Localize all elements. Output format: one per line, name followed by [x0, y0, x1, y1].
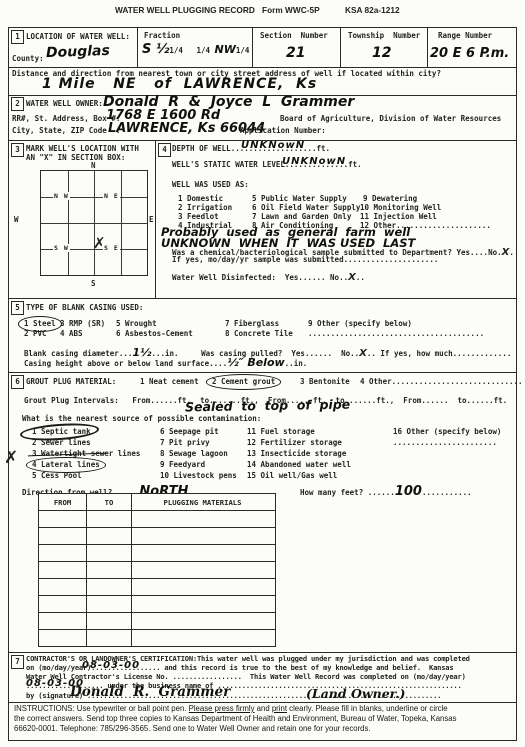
signature-owner-note: (Land Owner.) [306, 686, 405, 701]
grout-other[interactable]: 4 Other............................. [360, 378, 523, 387]
grid-label-ne: N E [103, 192, 120, 200]
city-label: City, State, ZIP Code : [12, 127, 120, 136]
disinfected-no-x[interactable]: X [348, 272, 356, 283]
fraction-field[interactable]: S ½1/4 1/4 NW1/4 [142, 42, 249, 57]
contamination-question: What is the nearest source of possible c… [22, 415, 261, 424]
grid-label-nw: N W [53, 192, 70, 200]
feet-label: How many feet? ...... [300, 488, 395, 497]
grout-cement-grout-circled[interactable]: 2 Cement grout [212, 378, 275, 387]
table-row[interactable] [39, 528, 275, 545]
sample-date-label: If yes, mo/day/yr sample was submitted..… [172, 256, 438, 265]
contam-fertilizer-storage[interactable]: 12 Fertilizer storage [247, 439, 342, 448]
table-row[interactable] [39, 511, 275, 528]
disinfected-label: Water Well Disinfected: Yes...... No.. [172, 273, 348, 282]
instructions: INSTRUCTIONS: Use typewriter or ball poi… [8, 702, 516, 739]
county-label: County: [12, 55, 44, 64]
contam-seepage-pit[interactable]: 6 Seepage pit [160, 428, 219, 437]
section-7: 7 CONTRACTOR'S OR LANDOWNER'S CERTIFICAT… [8, 652, 516, 702]
contam-septic-tank-circled[interactable]: 1 Septic tank [32, 428, 91, 437]
completed-date-value[interactable]: 08-03-00 [82, 660, 140, 671]
casing-abs[interactable]: 4 ABS [60, 330, 83, 339]
section-4: 4 DEPTH OF WELL...................ft. UN… [155, 140, 516, 298]
contam-oil-gas-well[interactable]: 15 Oil well/Gas well [247, 472, 337, 481]
used-as-label: WELL WAS USED AS: [172, 181, 249, 190]
contam-cess-pool[interactable]: 5 Cess Pool [32, 472, 82, 481]
grout-material-label: GROUT PLUG MATERIAL: [26, 378, 116, 387]
grout-intervals-value[interactable]: Sealed to top of pipe [185, 397, 350, 415]
table-row[interactable] [39, 579, 275, 596]
depth-value[interactable]: UNKNowN [241, 140, 305, 151]
owner-label: WATER WELL OWNER: [26, 100, 103, 109]
casing-height-label: Casing height above or below land surfac… [24, 359, 227, 368]
section-box-grid[interactable]: N W N E S W S E ✗ [40, 170, 148, 276]
compass-w: W [14, 216, 19, 225]
section-4-number: 4 [158, 143, 171, 157]
contam-lateral-lines-circled[interactable]: 4 Lateral lines [32, 461, 100, 470]
casing-pulled-no-x[interactable]: X [359, 348, 367, 359]
fraction-label: Fraction [144, 32, 180, 41]
casing-rmp[interactable]: 3 RMP (SR) [60, 320, 105, 329]
table-header-materials: PLUGGING MATERIALS [131, 494, 273, 510]
casing-concrete[interactable]: 8 Concrete Tile [225, 330, 293, 339]
range-number-label: Range Number [438, 32, 492, 41]
water-well-plugging-record-form: WATER WELL PLUGGING RECORD Form WWC-5P K… [0, 0, 525, 747]
section-2-number: 2 [11, 97, 24, 111]
application-number-label: Application Number: [240, 127, 326, 136]
casing-other[interactable]: 9 Other (specify below) [308, 320, 412, 329]
table-row[interactable] [39, 613, 275, 630]
agency-label: Board of Agriculture, Division of Water … [280, 115, 501, 124]
casing-height-value[interactable]: ½″ Below [227, 356, 284, 369]
county-value[interactable]: Douglas [46, 43, 110, 61]
fraction-hw-2: NW [215, 43, 236, 56]
form-title: WATER WELL PLUGGING RECORD [115, 6, 255, 16]
section-number-label: Section Number [260, 32, 328, 41]
instructions-line-2: the correct answers. Send top three copi… [14, 715, 457, 724]
table-row[interactable] [39, 596, 275, 613]
contam-pit-privy[interactable]: 7 Pit privy [160, 439, 210, 448]
township-number-value[interactable]: 12 [372, 45, 391, 61]
contam-other[interactable]: 16 Other (specify below) [393, 428, 501, 437]
township-number-label: Township Number [348, 32, 420, 41]
section-3-number: 3 [11, 143, 24, 157]
contamination-margin-x: ✗ [4, 448, 18, 468]
contam-fuel-storage[interactable]: 11 Fuel storage [247, 428, 315, 437]
section-1-title: LOCATION OF WATER WELL: [26, 33, 130, 42]
range-number-value[interactable]: 20 E 6 P.m. [430, 46, 509, 61]
contam-livestock-pens[interactable]: 10 Livestock pens [160, 472, 237, 481]
well-location-x-mark: ✗ [93, 234, 106, 252]
compass-e: E [149, 216, 154, 225]
static-level-value[interactable]: UNKNowN [282, 156, 346, 167]
grout-bentonite[interactable]: 3 Bentonite [300, 378, 350, 387]
form-number: Form WWC-5P [262, 6, 320, 16]
compass-s: S [91, 280, 96, 289]
casing-pvc[interactable]: 2 PVC [24, 330, 47, 339]
grout-neat-cement[interactable]: 1 Neat cement [140, 378, 199, 387]
contam-other-blank: ....................... [393, 439, 497, 448]
contam-feedyard[interactable]: 9 Feedyard [160, 461, 205, 470]
casing-other-blank: ....................................... [308, 330, 484, 339]
section-3: 3 MARK WELL'S LOCATION WITH AN "X" IN SE… [8, 140, 155, 298]
form-statute: KSA 82a-1212 [345, 6, 400, 16]
table-header-to: TO [86, 494, 131, 510]
casing-fiberglass[interactable]: 7 Fiberglass [225, 320, 279, 329]
contam-sewage-lagoon[interactable]: 8 Sewage lagoon [160, 450, 228, 459]
contam-insecticide-storage[interactable]: 13 Insecticide storage [247, 450, 346, 459]
distance-value[interactable]: 1 Mile NE of LAWRENCE, Ks [42, 76, 317, 92]
section-5-title: TYPE OF BLANK CASING USED: [26, 304, 143, 313]
address-label: RR#, St. Address, Box #: [12, 115, 120, 124]
grid-label-sw: S W [53, 244, 70, 252]
casing-steel-circled[interactable]: 1 Steel [24, 320, 56, 329]
certification-line-3: Water Well Contractor's License No. ....… [26, 673, 466, 681]
section-3-title-2: AN "X" IN SECTION BOX: [26, 154, 125, 163]
section-1-number: 1 [11, 30, 24, 44]
plugging-table: FROM TO PLUGGING MATERIALS [38, 493, 276, 647]
instructions-line-3: 66620-0001. Telephone: 785/296-3565. Sen… [14, 725, 371, 734]
section-number-value[interactable]: 21 [286, 45, 305, 61]
table-row[interactable] [39, 630, 275, 646]
contam-sewer-lines[interactable]: 2 Sewer lines [32, 439, 91, 448]
section-6-number: 6 [11, 375, 24, 389]
table-row[interactable] [39, 562, 275, 579]
section-5: 5 TYPE OF BLANK CASING USED: 1 Steel 3 R… [8, 298, 516, 372]
contam-abandoned-well[interactable]: 14 Abandoned water well [247, 461, 351, 470]
instructions-line-1: INSTRUCTIONS: Use typewriter or ball poi… [14, 704, 189, 713]
signature-value[interactable]: Donald R. Grammer [70, 684, 230, 700]
table-row[interactable] [39, 545, 275, 562]
section-6: 6 GROUT PLUG MATERIAL: 1 Neat cement 2 C… [8, 372, 516, 652]
fraction-hw-1: S ½ [142, 42, 169, 57]
casing-wrought[interactable]: 5 Wrought [116, 320, 157, 329]
section-7-number: 7 [11, 655, 24, 669]
section-5-number: 5 [11, 301, 24, 315]
feet-value[interactable]: 100 [395, 484, 422, 499]
table-header-from: FROM [39, 494, 86, 510]
casing-asbestos[interactable]: 6 Asbestos-Cement [116, 330, 193, 339]
